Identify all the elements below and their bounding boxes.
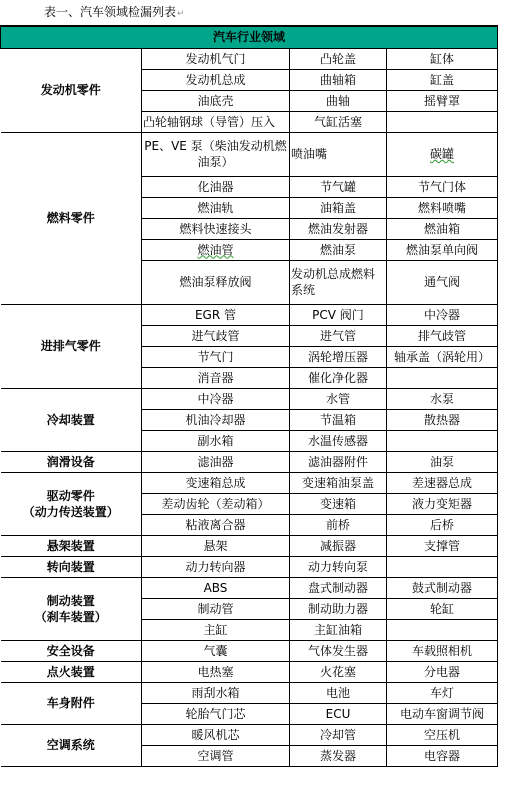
part-name: 动力转向泵 <box>308 560 368 574</box>
part-cell: 车灯 <box>387 682 498 703</box>
part-cell: 燃料快速接头 <box>142 218 290 239</box>
part-name: 燃料喷嘴 <box>418 201 466 215</box>
category-label: 润滑设备 <box>47 455 95 469</box>
part-cell: 变速箱油泵盖 <box>290 472 387 493</box>
part-name: 排气歧管 <box>418 329 466 343</box>
part-name: 变速箱 <box>320 497 356 511</box>
part-cell: 水温传感器 <box>290 430 387 451</box>
part-name: 发动机总成燃料系统 <box>291 267 375 297</box>
part-cell: 盘式制动器 <box>290 577 387 598</box>
part-cell: 排气歧管 <box>387 325 498 346</box>
part-cell: 副水箱 <box>142 430 290 451</box>
part-cell: 燃油箱 <box>387 218 498 239</box>
part-cell: 后桥 <box>387 514 498 535</box>
part-name: 后桥 <box>430 518 454 532</box>
part-cell: 进气管 <box>290 325 387 346</box>
part-cell: 摇臂罩 <box>387 90 498 111</box>
part-cell: 液力变矩器 <box>387 493 498 514</box>
part-cell: 支撑管 <box>387 535 498 556</box>
part-name: 火花塞 <box>320 665 356 679</box>
part-name: 差速器总成 <box>412 476 472 490</box>
part-cell: 变速箱 <box>290 493 387 514</box>
part-cell: 空压机 <box>387 724 498 745</box>
part-name: 发动机总成 <box>185 73 245 87</box>
part-name: 水温传感器 <box>308 434 368 448</box>
part-cell: 主缸油箱 <box>290 619 387 640</box>
part-cell: 发动机总成 <box>142 69 290 90</box>
table-header-cell: 汽车行业领域 <box>1 26 498 48</box>
part-cell <box>387 367 498 388</box>
part-cell: 制动管 <box>142 598 290 619</box>
part-cell: PE、VE 泵（柴油发动机燃油泵） <box>142 132 290 176</box>
part-cell: 前桥 <box>290 514 387 535</box>
part-name: 涡轮增压器 <box>308 350 368 364</box>
part-name: 节气门体 <box>418 180 466 194</box>
part-cell: 电动车窗调节阀 <box>387 703 498 724</box>
category-cell: 点火装置 <box>1 661 142 682</box>
part-name: 燃油管 <box>197 243 233 257</box>
category-label: 发动机零件 <box>41 83 101 97</box>
category-cell: 安全设备 <box>1 640 142 661</box>
part-name: ABS <box>204 581 228 595</box>
part-name: 分电器 <box>424 665 460 679</box>
part-cell: 滤油器附件 <box>290 451 387 472</box>
category-label: 冷却装置 <box>47 413 95 427</box>
part-cell: 悬架 <box>142 535 290 556</box>
part-cell: 中冷器 <box>142 388 290 409</box>
part-cell: 电热塞 <box>142 661 290 682</box>
part-name: 空压机 <box>424 728 460 742</box>
part-name: 进气管 <box>320 329 356 343</box>
table-row: 进排气零件EGR 管PCV 阀门中冷器 <box>1 304 498 325</box>
part-cell <box>387 430 498 451</box>
part-name: 变速箱总成 <box>185 476 245 490</box>
part-name: 暖风机芯 <box>191 728 239 742</box>
category-label: 安全设备 <box>47 644 95 658</box>
header-text: 汽车行业领域 <box>213 30 285 44</box>
part-cell: 机油冷却器 <box>142 409 290 430</box>
part-name: 支撑管 <box>424 539 460 553</box>
category-cell: 车身附件 <box>1 682 142 724</box>
part-cell: 差动齿轮（差动箱） <box>142 493 290 514</box>
part-name: 油底壳 <box>197 94 233 108</box>
part-cell: 发动机气门 <box>142 48 290 69</box>
part-name: 中冷器 <box>424 308 460 322</box>
part-name: 节气罐 <box>320 180 356 194</box>
part-name: 减振器 <box>320 539 356 553</box>
part-name: 主缸 <box>203 623 227 637</box>
part-name: 粘液离合器 <box>185 518 245 532</box>
part-cell: 气体发生器 <box>290 640 387 661</box>
part-cell <box>387 111 498 132</box>
part-cell: 电容器 <box>387 745 498 766</box>
part-name: 滤油器附件 <box>308 455 368 469</box>
part-cell: 主缸 <box>142 619 290 640</box>
part-cell: 轴承盖（涡轮用） <box>387 346 498 367</box>
part-name: 摇臂罩 <box>424 94 460 108</box>
part-name: PE、VE 泵（柴油发动机燃油泵） <box>144 139 286 169</box>
category-label: 悬架装置 <box>47 539 95 553</box>
part-name: 节温箱 <box>320 413 356 427</box>
table-header-row: 汽车行业领域 <box>1 26 498 48</box>
table-row: 发动机零件发动机气门凸轮盖缸体 <box>1 48 498 69</box>
part-cell: 燃油轨 <box>142 197 290 218</box>
part-name: 燃油泵 <box>320 243 356 257</box>
category-label: 转向装置 <box>47 560 95 574</box>
table-row: 冷却装置中冷器水管水泵 <box>1 388 498 409</box>
part-name: 轮胎气门芯 <box>185 707 245 721</box>
part-cell: 粘液离合器 <box>142 514 290 535</box>
part-name: 动力转向器 <box>185 560 245 574</box>
part-name: 碳罐 <box>430 147 454 161</box>
part-name: 轮缸 <box>430 602 454 616</box>
paragraph-mark-icon: ↵ <box>177 9 185 19</box>
part-cell: 油底壳 <box>142 90 290 111</box>
part-cell: 燃油管 <box>142 239 290 260</box>
part-name: 液力变矩器 <box>412 497 472 511</box>
table-row: 安全设备气囊气体发生器车载照相机 <box>1 640 498 661</box>
part-cell: 涡轮增压器 <box>290 346 387 367</box>
part-name: 蒸发器 <box>320 749 356 763</box>
part-cell: 消音器 <box>142 367 290 388</box>
part-name: 冷却管 <box>320 728 356 742</box>
part-name: 电容器 <box>424 749 460 763</box>
part-cell: 暖风机芯 <box>142 724 290 745</box>
part-cell: 进气歧管 <box>142 325 290 346</box>
part-name: 悬架 <box>203 539 227 553</box>
part-name: 催化净化器 <box>308 371 368 385</box>
part-cell <box>387 556 498 577</box>
part-cell: 通气阀 <box>387 260 498 304</box>
part-name: 气缸活塞 <box>314 115 362 129</box>
part-cell: 蒸发器 <box>290 745 387 766</box>
part-name: 燃料快速接头 <box>179 222 251 236</box>
part-name: 凸轮盖 <box>320 52 356 66</box>
part-name: 曲轴箱 <box>320 73 356 87</box>
part-cell: 动力转向泵 <box>290 556 387 577</box>
part-cell: 油泵 <box>387 451 498 472</box>
part-name: 凸轮轴钢球（导管）压入 <box>143 115 275 129</box>
part-name: ECU <box>326 707 351 721</box>
part-name: 电池 <box>326 686 350 700</box>
part-cell: 节气门 <box>142 346 290 367</box>
part-cell: 燃油泵 <box>290 239 387 260</box>
part-name: 滤油器 <box>197 455 233 469</box>
table-row: 润滑设备滤油器滤油器附件油泵 <box>1 451 498 472</box>
category-cell: 驱动零件（动力传送装置） <box>1 472 142 535</box>
category-label: 车身附件 <box>47 696 95 710</box>
part-name: 车灯 <box>430 686 454 700</box>
part-name: 进气歧管 <box>191 329 239 343</box>
part-cell: 雨刮水箱 <box>142 682 290 703</box>
part-name: 通气阀 <box>424 275 460 289</box>
part-cell: 曲轴箱 <box>290 69 387 90</box>
part-name: PCV 阀门 <box>312 308 364 322</box>
caption-text: 表一、汽车领域检漏列表 <box>44 5 176 19</box>
category-cell: 燃料零件 <box>1 132 142 304</box>
part-cell: 水泵 <box>387 388 498 409</box>
category-cell: 悬架装置 <box>1 535 142 556</box>
part-cell: 燃油泵单向阀 <box>387 239 498 260</box>
category-cell: 制动装置（刹车装置） <box>1 577 142 640</box>
category-cell: 润滑设备 <box>1 451 142 472</box>
part-cell: 燃料喷嘴 <box>387 197 498 218</box>
part-cell: 油箱盖 <box>290 197 387 218</box>
category-sublabel: （动力传送装置） <box>23 505 119 519</box>
table-row: 燃料零件PE、VE 泵（柴油发动机燃油泵）喷油嘴碳罐 <box>1 132 498 176</box>
category-label: 燃料零件 <box>47 211 95 225</box>
category-label: 进排气零件 <box>41 339 101 353</box>
part-cell: 中冷器 <box>387 304 498 325</box>
part-cell: 喷油嘴 <box>290 132 387 176</box>
part-cell: 凸轮盖 <box>290 48 387 69</box>
part-name: 副水箱 <box>197 434 233 448</box>
part-name: 车载照相机 <box>412 644 472 658</box>
part-name: 雨刮水箱 <box>191 686 239 700</box>
part-name: 前桥 <box>326 518 350 532</box>
part-name: 变速箱油泵盖 <box>302 476 374 490</box>
part-name: 鼓式制动器 <box>412 581 472 595</box>
part-name: 水管 <box>326 392 350 406</box>
part-name: 机油冷却器 <box>185 413 245 427</box>
part-cell: 水管 <box>290 388 387 409</box>
part-cell: 分电器 <box>387 661 498 682</box>
part-name: 电热塞 <box>197 665 233 679</box>
part-cell: EGR 管 <box>142 304 290 325</box>
part-name: 化油器 <box>197 180 233 194</box>
part-name: 油箱盖 <box>320 201 356 215</box>
category-label: 空调系统 <box>47 738 95 752</box>
part-cell: 催化净化器 <box>290 367 387 388</box>
category-label: 制动装置 <box>47 594 95 608</box>
part-name: 燃油轨 <box>197 201 233 215</box>
part-cell: 燃油泵释放阀 <box>142 260 290 304</box>
part-cell: 缸盖 <box>387 69 498 90</box>
category-cell: 转向装置 <box>1 556 142 577</box>
part-name: 气体发生器 <box>308 644 368 658</box>
part-name: 散热器 <box>424 413 460 427</box>
part-name: 消音器 <box>197 371 233 385</box>
part-cell: ECU <box>290 703 387 724</box>
part-name: 燃油泵释放阀 <box>179 275 251 289</box>
part-cell: 缸体 <box>387 48 498 69</box>
part-name: 气囊 <box>203 644 227 658</box>
part-cell: 凸轮轴钢球（导管）压入 <box>142 111 290 132</box>
part-name: 制动管 <box>197 602 233 616</box>
part-name: 差动齿轮（差动箱） <box>161 497 269 511</box>
part-name: 油泵 <box>430 455 454 469</box>
part-name: 水泵 <box>430 392 454 406</box>
table-caption: 表一、汽车领域检漏列表↵ <box>44 5 185 21</box>
part-cell: 轮缸 <box>387 598 498 619</box>
category-cell: 空调系统 <box>1 724 142 766</box>
part-cell: 燃油发射器 <box>290 218 387 239</box>
table-row: 驱动零件（动力传送装置）变速箱总成变速箱油泵盖差速器总成 <box>1 472 498 493</box>
part-name: 轴承盖（涡轮用） <box>394 350 490 364</box>
part-name: 缸盖 <box>430 73 454 87</box>
table-row: 点火装置电热塞火花塞分电器 <box>1 661 498 682</box>
category-cell: 进排气零件 <box>1 304 142 388</box>
part-name: 缸体 <box>430 52 454 66</box>
part-name: 发动机气门 <box>185 52 245 66</box>
part-cell: 差速器总成 <box>387 472 498 493</box>
part-cell: 散热器 <box>387 409 498 430</box>
part-cell <box>387 619 498 640</box>
part-cell: ABS <box>142 577 290 598</box>
part-cell: 电池 <box>290 682 387 703</box>
part-cell: PCV 阀门 <box>290 304 387 325</box>
part-cell: 冷却管 <box>290 724 387 745</box>
category-label: 点火装置 <box>47 665 95 679</box>
part-name: 燃油泵单向阀 <box>406 243 478 257</box>
part-cell: 曲轴 <box>290 90 387 111</box>
part-cell: 化油器 <box>142 176 290 197</box>
table-row: 转向装置动力转向器动力转向泵 <box>1 556 498 577</box>
part-name: 中冷器 <box>197 392 233 406</box>
part-cell: 火花塞 <box>290 661 387 682</box>
part-cell: 变速箱总成 <box>142 472 290 493</box>
table-row: 制动装置（刹车装置）ABS盘式制动器鼓式制动器 <box>1 577 498 598</box>
part-cell: 碳罐 <box>387 132 498 176</box>
part-cell: 动力转向器 <box>142 556 290 577</box>
part-cell: 节温箱 <box>290 409 387 430</box>
part-name: 喷油嘴 <box>291 147 327 161</box>
table-row: 空调系统暖风机芯冷却管空压机 <box>1 724 498 745</box>
category-label: 驱动零件 <box>47 489 95 503</box>
part-cell: 鼓式制动器 <box>387 577 498 598</box>
parts-table: 汽车行业领域 发动机零件发动机气门凸轮盖缸体发动机总成曲轴箱缸盖油底壳曲轴摇臂罩… <box>0 25 498 767</box>
part-cell: 空调管 <box>142 745 290 766</box>
category-cell: 发动机零件 <box>1 48 142 132</box>
part-cell: 气缸活塞 <box>290 111 387 132</box>
part-name: 盘式制动器 <box>308 581 368 595</box>
part-name: 主缸油箱 <box>314 623 362 637</box>
category-cell: 冷却装置 <box>1 388 142 451</box>
part-cell: 节气门体 <box>387 176 498 197</box>
part-cell: 轮胎气门芯 <box>142 703 290 724</box>
part-name: 制动助力器 <box>308 602 368 616</box>
part-name: 曲轴 <box>326 94 350 108</box>
part-name: EGR 管 <box>195 308 236 322</box>
part-cell: 气囊 <box>142 640 290 661</box>
table-row: 车身附件雨刮水箱电池车灯 <box>1 682 498 703</box>
part-cell: 车载照相机 <box>387 640 498 661</box>
part-name: 燃油发射器 <box>308 222 368 236</box>
part-cell: 制动助力器 <box>290 598 387 619</box>
part-cell: 节气罐 <box>290 176 387 197</box>
category-sublabel: （刹车装置） <box>35 610 107 624</box>
part-cell: 减振器 <box>290 535 387 556</box>
part-cell: 滤油器 <box>142 451 290 472</box>
part-name: 节气门 <box>197 350 233 364</box>
part-cell: 发动机总成燃料系统 <box>290 260 387 304</box>
part-name: 燃油箱 <box>424 222 460 236</box>
table-row: 悬架装置悬架减振器支撑管 <box>1 535 498 556</box>
part-name: 电动车窗调节阀 <box>400 707 484 721</box>
part-name: 空调管 <box>197 749 233 763</box>
